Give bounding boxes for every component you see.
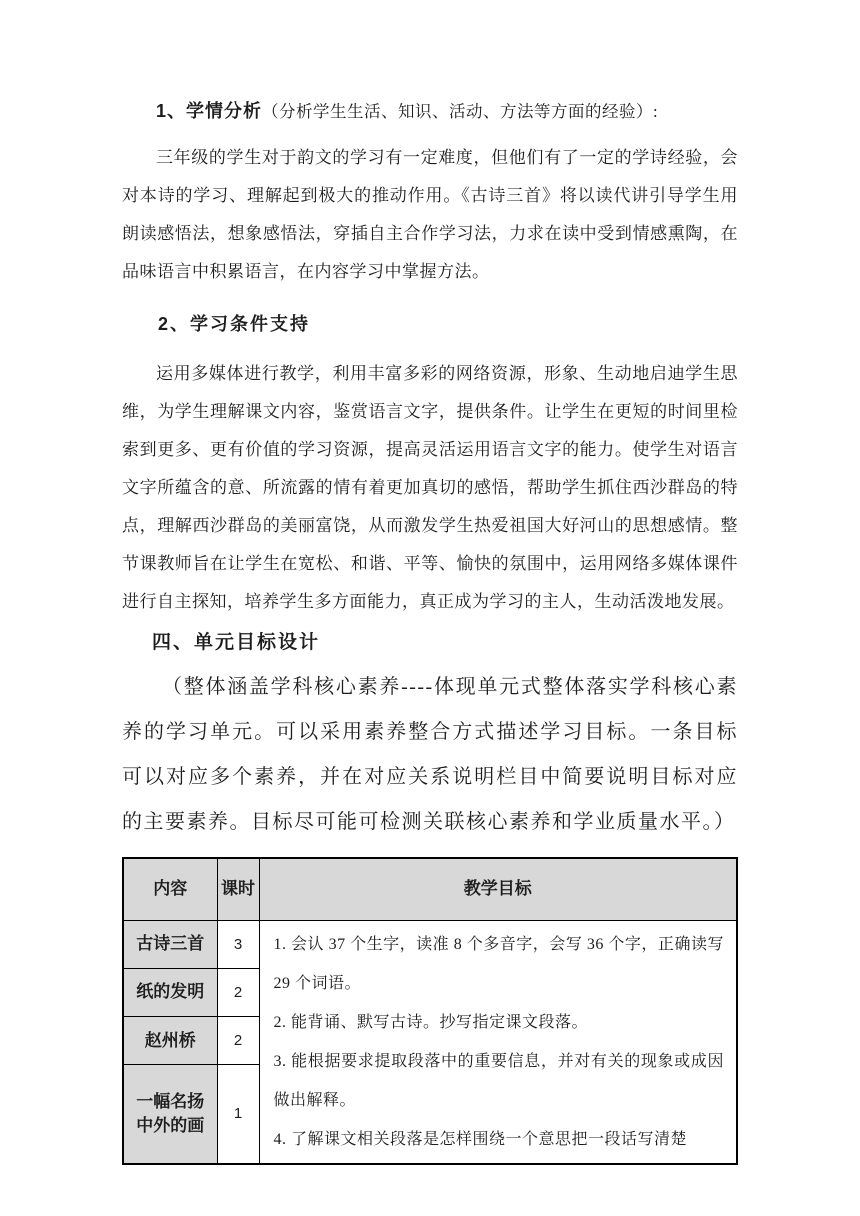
- objective-item-2: 2. 能背诵、默写古诗。抄写指定课文段落。: [274, 1003, 725, 1042]
- table-header-row: 内容 课时 教学目标: [123, 858, 737, 920]
- lesson-hours-cell: 3: [217, 920, 259, 968]
- section-1-title: 1、学情分析: [156, 101, 262, 121]
- lesson-title-cell: 一幅名扬中外的画: [123, 1065, 217, 1164]
- lesson-title-cell: 古诗三首: [123, 920, 217, 968]
- section-1-paragraph: 三年级的学生对于韵文的学习有一定难度，但他们有了一定的学诗经验，会对本诗的学习、…: [122, 139, 738, 291]
- document-page: 1、学情分析（分析学生生活、知识、活动、方法等方面的经验）: 三年级的学生对于韵…: [0, 0, 860, 1216]
- table-header-content: 内容: [123, 858, 217, 920]
- lesson-hours-cell: 2: [217, 968, 259, 1016]
- objective-item-3: 3. 能根据要求提取段落中的重要信息，并对有关的现象或成因做出解释。: [274, 1042, 725, 1120]
- table-header-objectives: 教学目标: [259, 858, 737, 920]
- section-2-title: 2、学习条件支持: [122, 311, 738, 337]
- section-2-paragraph: 运用多媒体进行教学，利用丰富多彩的网络资源，形象、生动地启迪学生思维，为学生理解…: [122, 355, 738, 621]
- objective-item-1: 1. 会认 37 个生字，读准 8 个多音字，会写 36 个字，正确读写 29 …: [274, 925, 725, 1003]
- lesson-hours-cell: 1: [217, 1065, 259, 1164]
- unit-goal-heading: 四、单元目标设计: [122, 629, 738, 657]
- objectives-cell: 1. 会认 37 个生字，读准 8 个多音字，会写 36 个字，正确读写 29 …: [259, 920, 737, 1164]
- lesson-hours-cell: 2: [217, 1016, 259, 1064]
- table-header-hours: 课时: [217, 858, 259, 920]
- section-1-heading: 1、学情分析（分析学生生活、知识、活动、方法等方面的经验）:: [122, 96, 738, 127]
- unit-goal-note: （整体涵盖学科核心素养----体现单元式整体落实学科核心素养的学习单元。可以采用…: [122, 665, 738, 845]
- objective-item-4: 4. 了解课文相关段落是怎样围绕一个意思把一段话写清楚: [274, 1120, 725, 1159]
- lesson-title-cell: 纸的发明: [123, 968, 217, 1016]
- lesson-title-cell: 赵州桥: [123, 1016, 217, 1064]
- table-row: 古诗三首 3 1. 会认 37 个生字，读准 8 个多音字，会写 36 个字，正…: [123, 920, 737, 968]
- unit-goal-table: 内容 课时 教学目标 古诗三首 3 1. 会认 37 个生字，读准 8 个多音字…: [122, 857, 738, 1165]
- section-1-note: （分析学生生活、知识、活动、方法等方面的经验）:: [262, 102, 658, 121]
